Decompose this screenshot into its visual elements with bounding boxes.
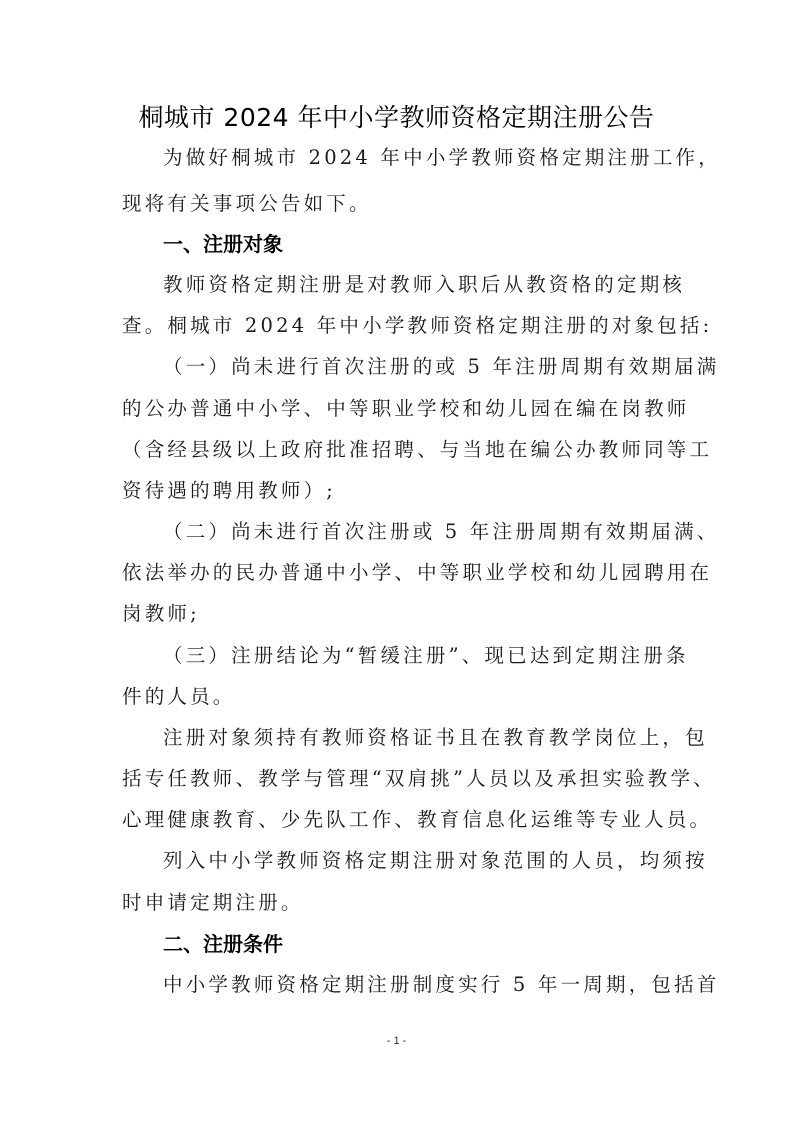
intro-line-2: 现将有关事项公告如下。 [122, 184, 682, 224]
document-title: 桐城市 2024 年中小学教师资格定期注册公告 [0, 98, 793, 138]
paragraph-line: 心理健康教育、少先队工作、教育信息化运维等专业人员。 [122, 800, 682, 840]
list-item-1-line: （一）尚未进行首次注册的或 5 年注册周期有效期届满 [163, 347, 723, 387]
page-number: - 1 - [0, 1035, 793, 1047]
paragraph-line: 查。桐城市 2024 年中小学教师资格定期注册的对象包括: [122, 306, 682, 346]
paragraph-line: 列入中小学教师资格定期注册对象范围的人员，均须按 [163, 841, 723, 881]
paragraph-line: 时申请定期注册。 [122, 883, 682, 923]
paragraph-line: 中小学教师资格定期注册制度实行 5 年一周期，包括首 [163, 965, 723, 1005]
paragraph-line: 教师资格定期注册是对教师入职后从教资格的定期核 [163, 265, 723, 305]
list-item-2-line: 岗教师; [122, 594, 682, 634]
section-heading-1: 一、注册对象 [163, 224, 283, 264]
list-item-1-line: （含经县级以上政府批准招聘、与当地在编公办教师同等工 [122, 430, 682, 470]
list-item-3-line: 件的人员。 [122, 677, 682, 717]
section-heading-2: 二、注册条件 [163, 924, 283, 964]
list-item-1-line: 的公办普通中小学、中等职业学校和幼儿园在编在岗教师 [122, 389, 682, 429]
list-item-1-line: 资待遇的聘用教师）; [122, 471, 682, 511]
list-item-3-line: （三）注册结论为“暂缓注册”、现已达到定期注册条 [163, 636, 723, 676]
list-item-2-line: （二）尚未进行首次注册或 5 年注册周期有效期届满、 [163, 512, 723, 552]
paragraph-line: 注册对象须持有教师资格证书且在教育教学岗位上，包 [163, 718, 723, 758]
paragraph-line: 括专任教师、教学与管理“双肩挑”人员以及承担实验教学、 [122, 759, 682, 799]
list-item-2-line: 依法举办的民办普通中小学、中等职业学校和幼儿园聘用在 [122, 553, 682, 593]
intro-line-1: 为做好桐城市 2024 年中小学教师资格定期注册工作， [163, 138, 723, 178]
document-page: 桐城市 2024 年中小学教师资格定期注册公告 为做好桐城市 2024 年中小学… [0, 0, 793, 1122]
